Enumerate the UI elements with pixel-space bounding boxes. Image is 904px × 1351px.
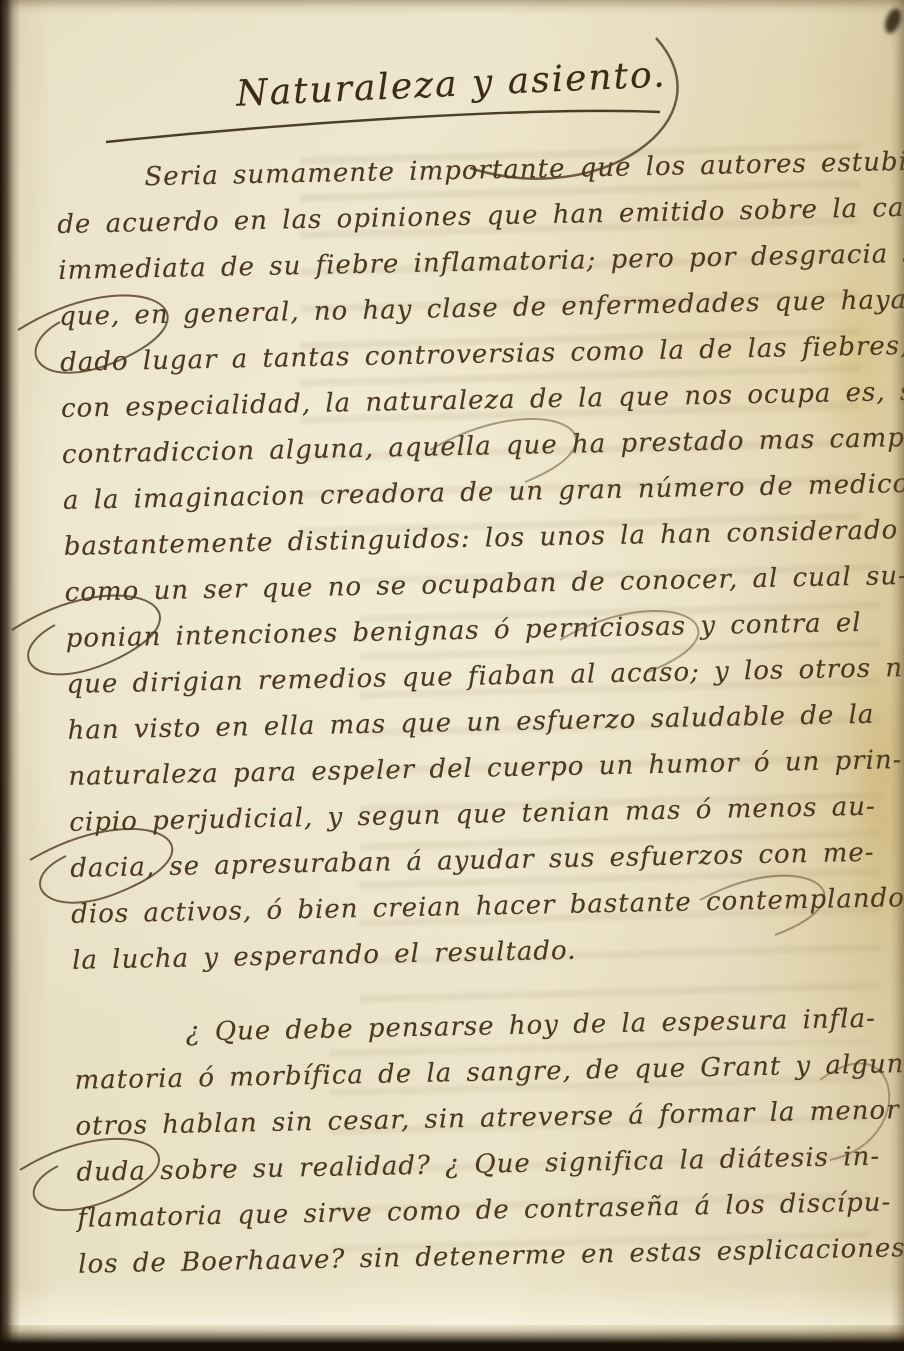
manuscript-body: Seria sumamente importante que los autor…	[56, 140, 895, 1288]
scan-edge-top	[0, 0, 904, 14]
scan-edge-bottom	[0, 1325, 904, 1351]
paragraph-2: ¿ Que debe pensarse hoy de la espesura i…	[73, 995, 894, 1287]
manuscript-page: Naturaleza y asiento. Seria sumamente im…	[0, 0, 904, 1351]
page-curl-highlight	[0, 1279, 904, 1325]
scan-edge-right	[890, 0, 904, 1351]
paragraph-1: Seria sumamente importante que los autor…	[56, 140, 888, 984]
manuscript-title: Naturaleza y asiento.	[235, 54, 667, 114]
scan-edge-left	[0, 0, 20, 1351]
